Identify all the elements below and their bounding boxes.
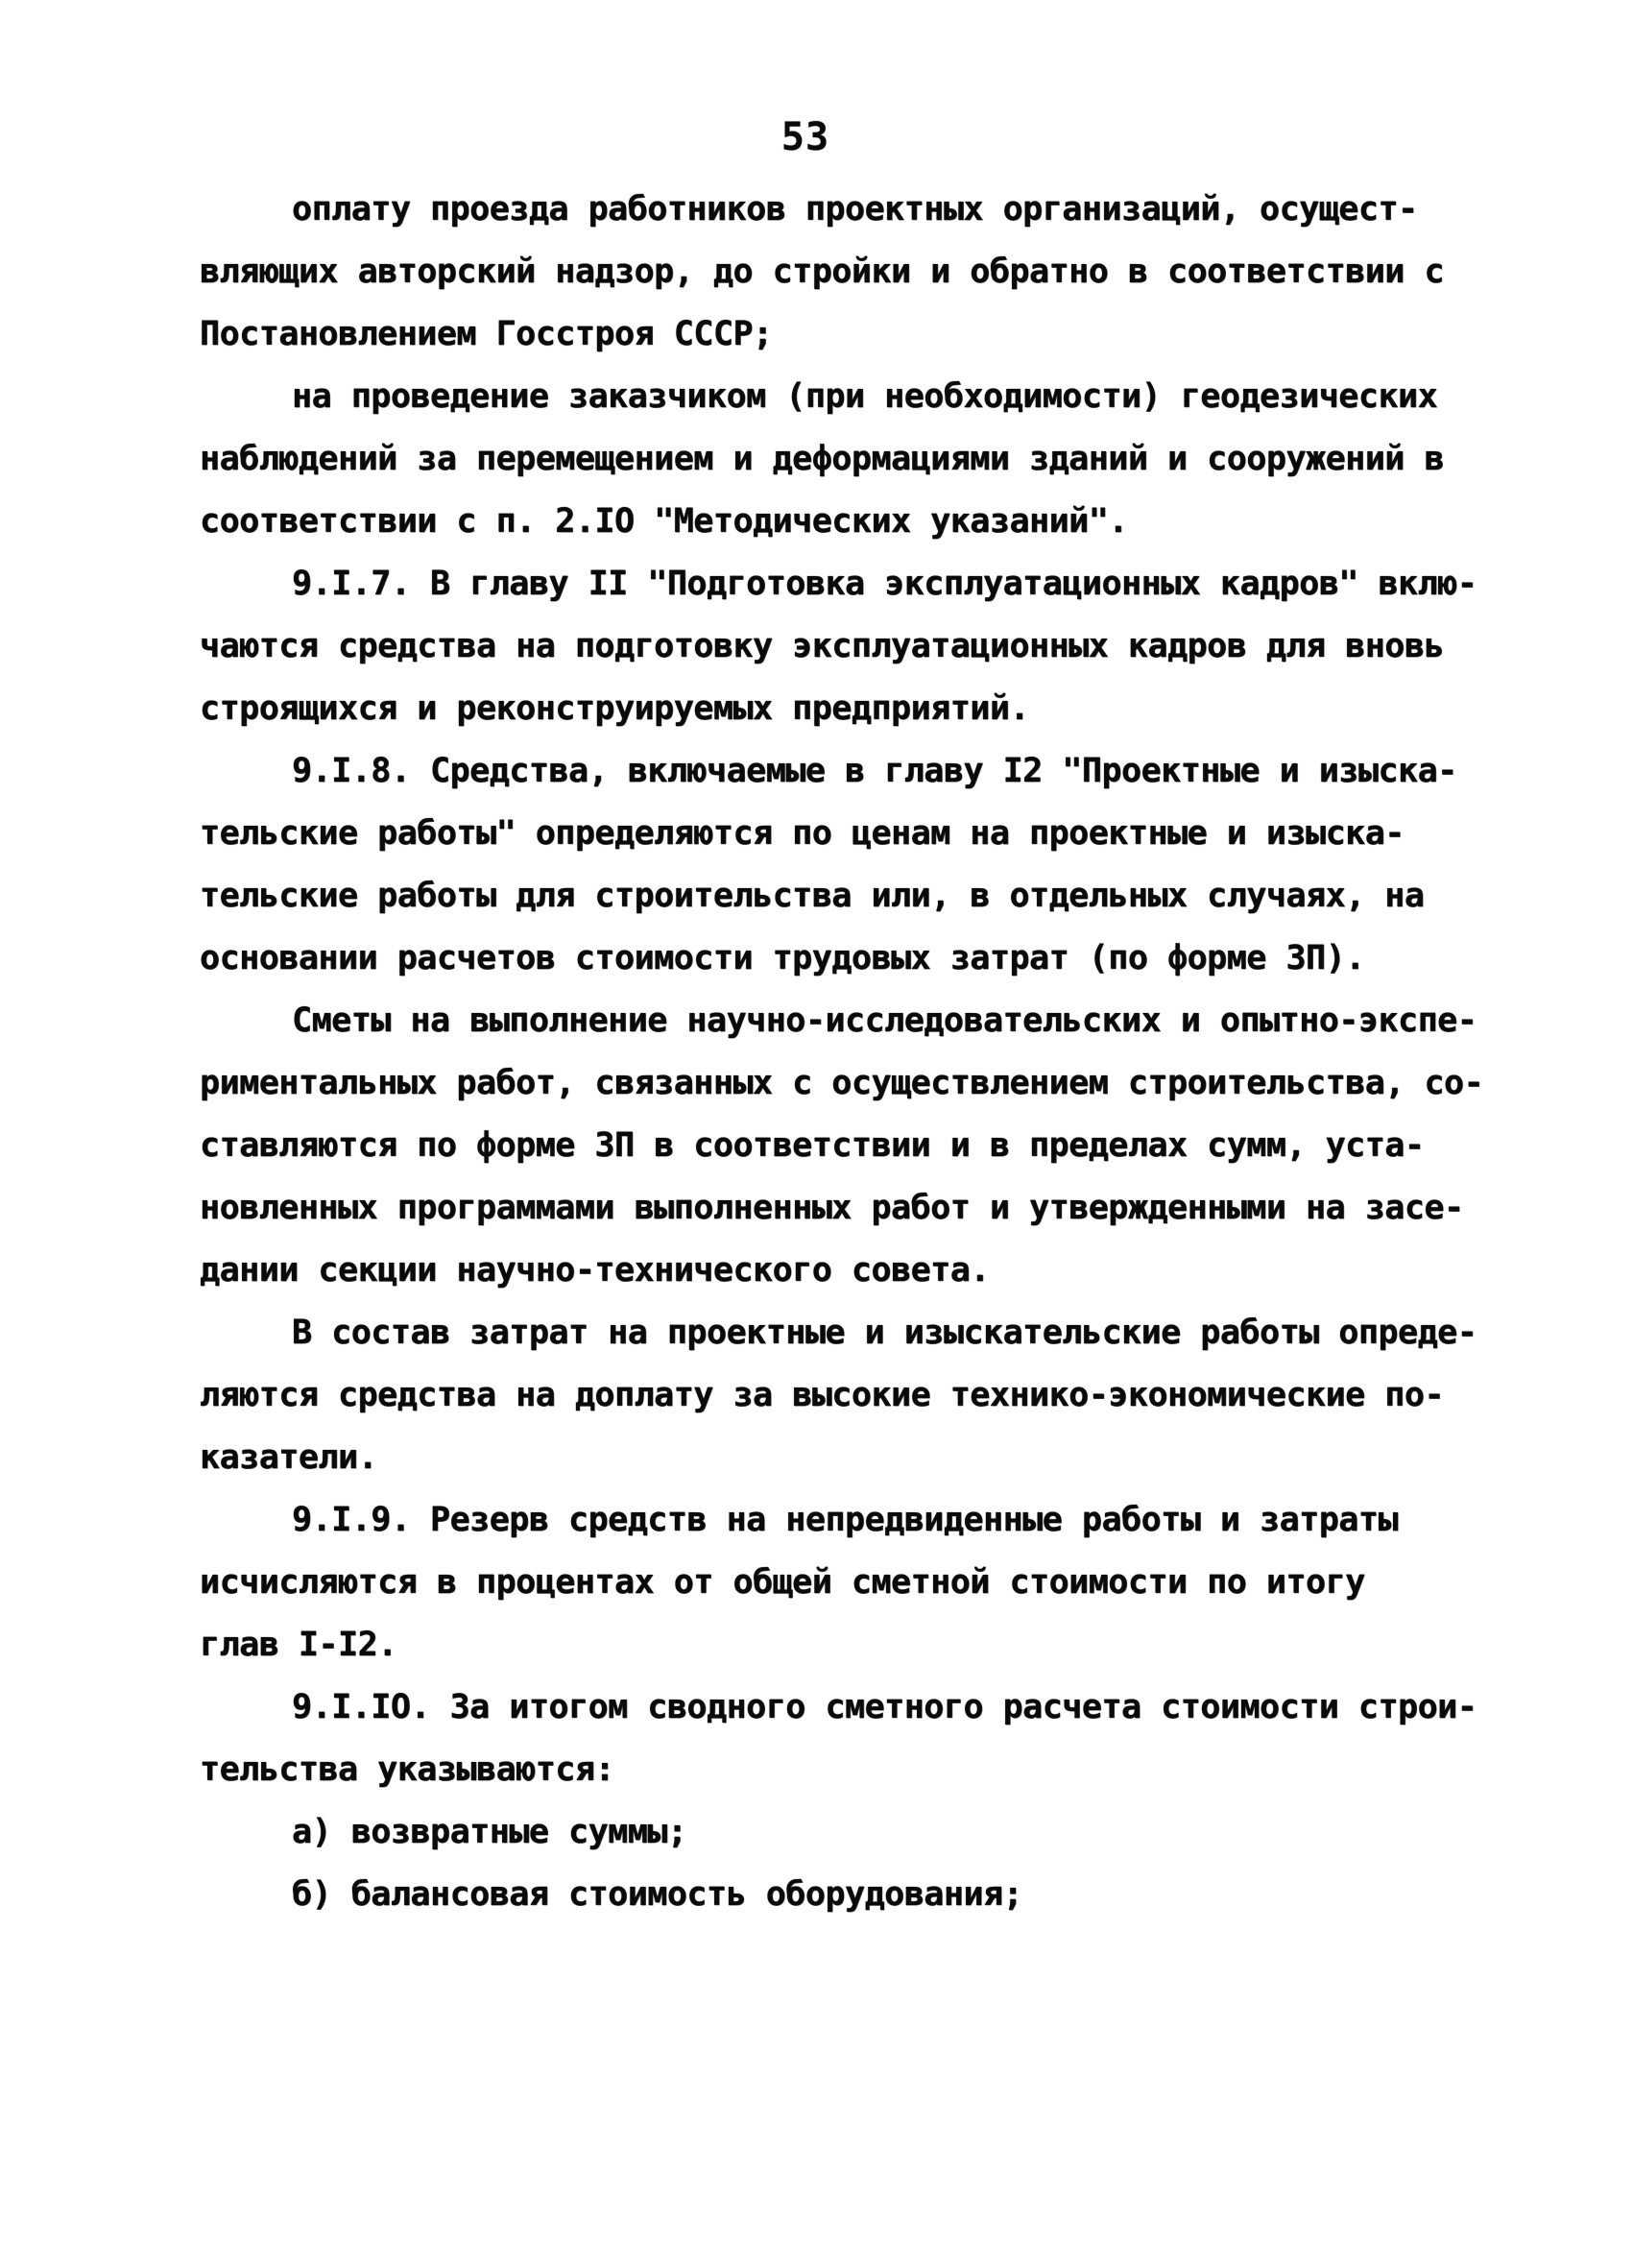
text-line: новленных программами выполненных работ … bbox=[200, 1177, 1505, 1240]
text-line: наблюдений за перемещением и деформациям… bbox=[200, 428, 1505, 491]
text-line: ляются средства на доплату за высокие те… bbox=[200, 1364, 1505, 1427]
document-body: оплату проезда работников проектных орга… bbox=[200, 179, 1505, 1926]
text-line: казатели. bbox=[200, 1427, 1505, 1489]
text-line: строящихся и реконструируемых предприяти… bbox=[200, 678, 1505, 740]
text-line: а) возвратные суммы; bbox=[200, 1801, 1505, 1864]
text-line: тельские работы для строительства или, в… bbox=[200, 865, 1505, 928]
text-line: 9.I.8. Средства, включаемые в главу I2 "… bbox=[200, 740, 1505, 803]
text-line: ставляются по форме ЗП в соответствии и … bbox=[200, 1115, 1505, 1177]
text-line: основании расчетов стоимости трудовых за… bbox=[200, 928, 1505, 990]
page-number: 53 bbox=[0, 115, 1611, 159]
text-line: соответствии с п. 2.IO "Методических ука… bbox=[200, 491, 1505, 553]
text-line: 9.I.7. В главу II "Подготовка эксплуатац… bbox=[200, 553, 1505, 615]
text-line: Постановлением Госстроя СССР; bbox=[200, 303, 1505, 366]
text-line: Сметы на выполнение научно-исследователь… bbox=[200, 990, 1505, 1052]
text-line: исчисляются в процентах от общей сметной… bbox=[200, 1552, 1505, 1614]
text-line: 9.I.IO. За итогом сводного сметного расч… bbox=[200, 1677, 1505, 1739]
text-line: б) балансовая стоимость оборудования; bbox=[200, 1864, 1505, 1926]
text-line: дании секции научно-технического совета. bbox=[200, 1240, 1505, 1302]
text-line: 9.I.9. Резерв средств на непредвиденные … bbox=[200, 1489, 1505, 1552]
text-line: чаются средства на подготовку эксплуатац… bbox=[200, 615, 1505, 678]
text-line: тельские работы" определяются по ценам н… bbox=[200, 803, 1505, 865]
text-line: вляющих авторский надзор, до стройки и о… bbox=[200, 241, 1505, 303]
scanned-page: 53 оплату проезда работников проектных о… bbox=[0, 0, 1633, 2268]
text-line: оплату проезда работников проектных орга… bbox=[200, 179, 1505, 241]
text-line: глав I-I2. bbox=[200, 1614, 1505, 1677]
text-line: В состав затрат на проектные и изыскател… bbox=[200, 1302, 1505, 1364]
text-line: риментальных работ, связанных с осуществ… bbox=[200, 1052, 1505, 1115]
text-line: тельства указываются: bbox=[200, 1739, 1505, 1801]
text-line: на проведение заказчиком (при необходимо… bbox=[200, 366, 1505, 428]
